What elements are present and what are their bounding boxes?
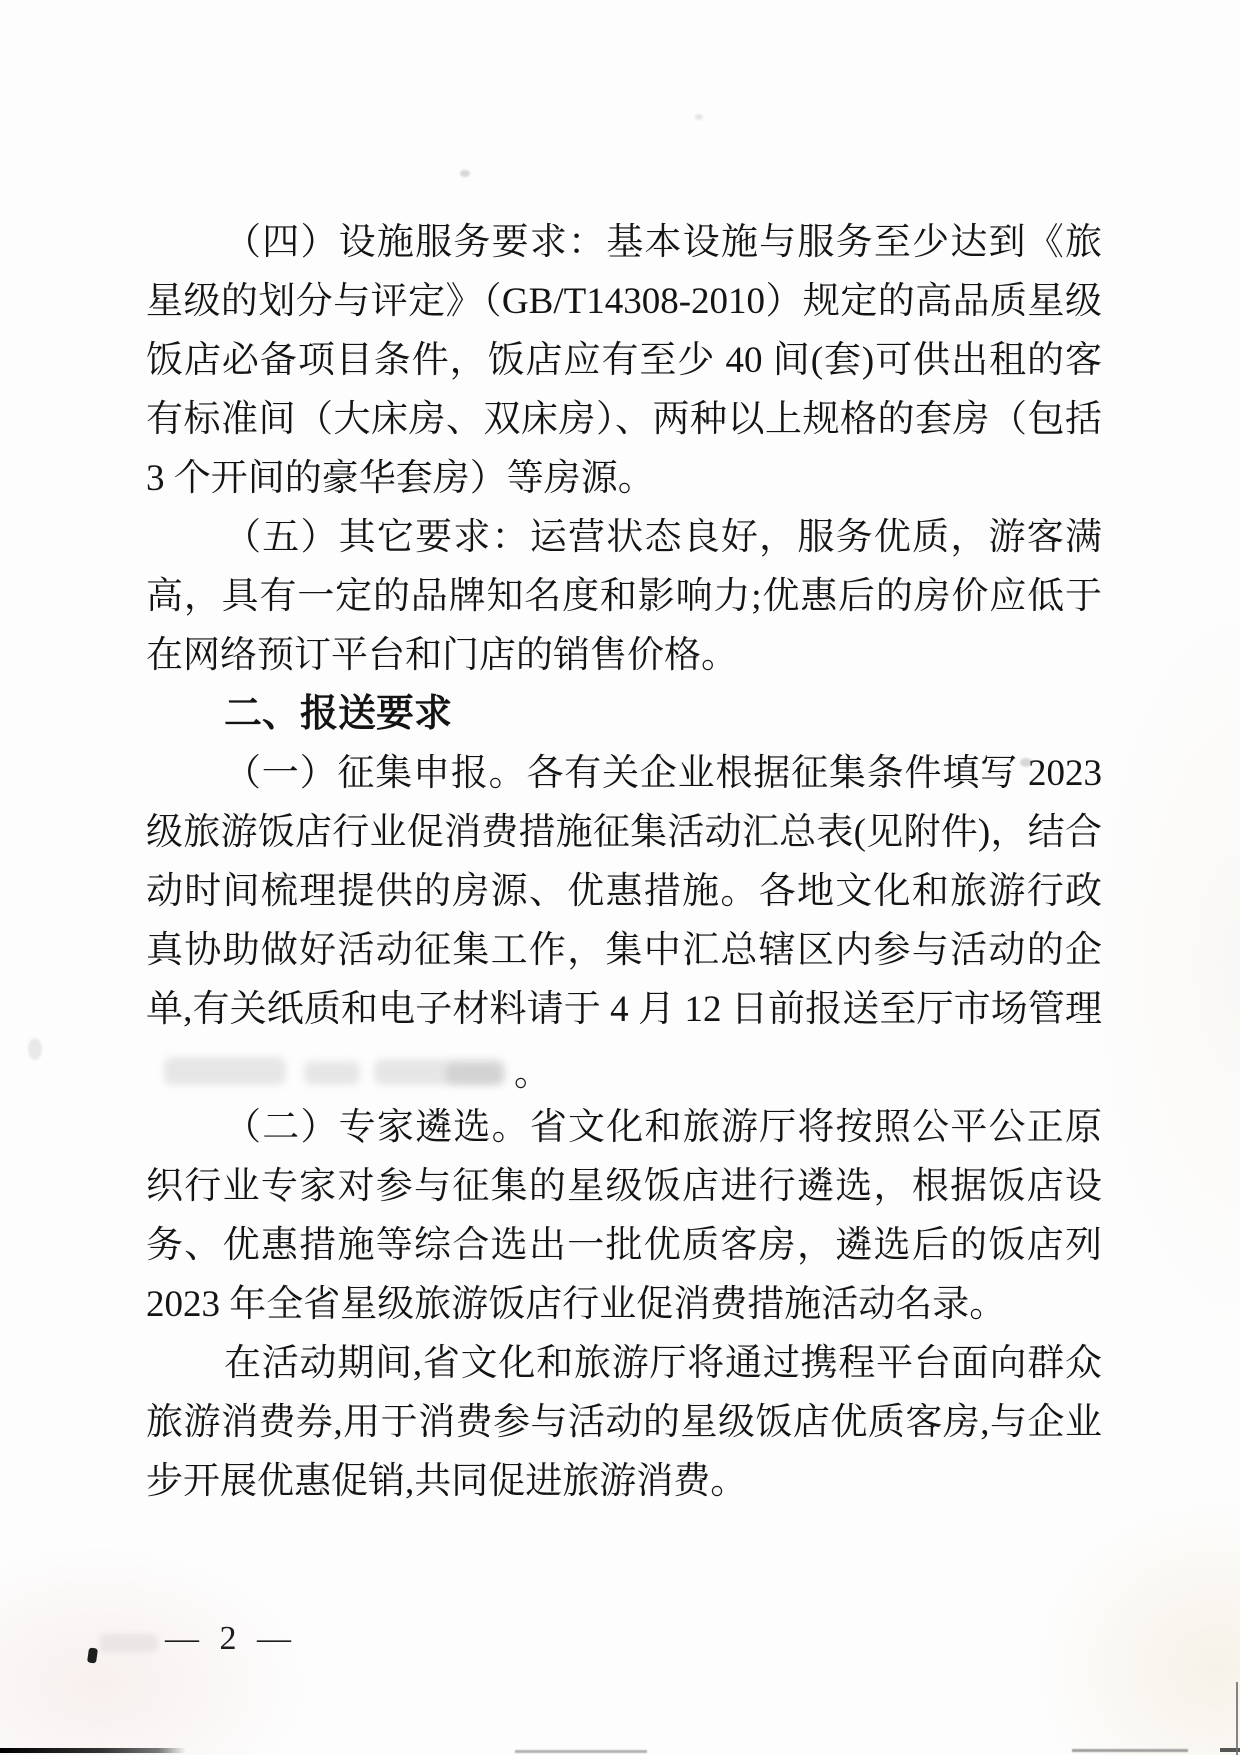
scan-edge-line	[1072, 1749, 1188, 1752]
scan-edge-line	[515, 1750, 647, 1753]
text-line: 饭店必备项目条件，饭店应有至少 40 间(套)可供出租的客房，	[146, 331, 1102, 390]
ink-mark	[87, 1647, 98, 1663]
text-line: 高，具有一定的品牌知名度和影响力;优惠后的房价应低于同期	[146, 567, 1102, 626]
text-line: 3 个开间的豪华套房）等房源。	[146, 449, 1102, 508]
text-line: 星级的划分与评定》（GB/T14308-2010）规定的高品质星级旅游	[146, 272, 1102, 331]
text-line: 在活动期间,省文化和旅游厅将通过携程平台面向群众发放	[146, 1334, 1102, 1393]
scan-edge-line	[0, 1748, 186, 1753]
scan-edge-line	[1236, 1682, 1238, 1755]
text-line: （一）征集申报。各有关企业根据征集条件填写 2023 年星	[146, 744, 1102, 803]
bleedthrough-smudge	[164, 1057, 286, 1085]
bleedthrough-artifact-line: 。	[146, 1039, 1102, 1098]
scan-smudge	[100, 1634, 158, 1652]
text-line: 在网络预订平台和门店的销售价格。	[146, 626, 1102, 685]
text-line: 动时间梳理提供的房源、优惠措施。各地文化和旅游行政部门认	[146, 862, 1102, 921]
text-line: 旅游消费券,用于消费参与活动的星级饭店优质客房,与企业同	[146, 1393, 1102, 1452]
scan-speck	[1032, 588, 1040, 595]
text-line: （五）其它要求：运营状态良好，服务优质，游客满意度较	[146, 508, 1102, 567]
text-line: 真协助做好活动征集工作，集中汇总辖区内参与活动的企业名	[146, 921, 1102, 980]
bleedthrough-smudge	[304, 1061, 360, 1085]
bleedthrough-smudge	[446, 1063, 502, 1085]
stray-period: 。	[514, 1039, 551, 1098]
text-line: 织行业专家对参与征集的星级饭店进行遴选，根据饭店设施服	[146, 1157, 1102, 1216]
text-line: 务、优惠措施等综合选出一批优质客房，遴选后的饭店列入参与	[146, 1216, 1102, 1275]
scan-speck	[460, 170, 470, 177]
section-heading: 二、报送要求	[146, 685, 1102, 744]
text-line: （四）设施服务要求：基本设施与服务至少达到《旅游饭店	[146, 213, 1102, 272]
text-line: 2023 年全省星级旅游饭店行业促消费措施活动名录。	[146, 1275, 1102, 1334]
scan-speck	[1020, 758, 1032, 767]
text-line: 级旅游饭店行业促消费措施征集活动汇总表(见附件)，结合活	[146, 803, 1102, 862]
scan-speck	[695, 114, 703, 120]
scan-speck	[28, 1038, 42, 1060]
scanned-document-page: （四）设施服务要求：基本设施与服务至少达到《旅游饭店 星级的划分与评定》（GB/…	[0, 0, 1240, 1755]
text-line: 单,有关纸质和电子材料请于 4 月 12 日前报送至厅市场管理处。	[146, 980, 1102, 1039]
text-line: 步开展优惠促销,共同促进旅游消费。	[146, 1452, 1102, 1511]
page-number: — 2 —	[165, 1620, 297, 1658]
text-line: 有标准间（大床房、双床房）、两种以上规格的套房（包括至少	[146, 390, 1102, 449]
text-line: （二）专家遴选。省文化和旅游厅将按照公平公正原则，组	[146, 1098, 1102, 1157]
document-body-text: （四）设施服务要求：基本设施与服务至少达到《旅游饭店 星级的划分与评定》（GB/…	[146, 213, 1102, 1511]
